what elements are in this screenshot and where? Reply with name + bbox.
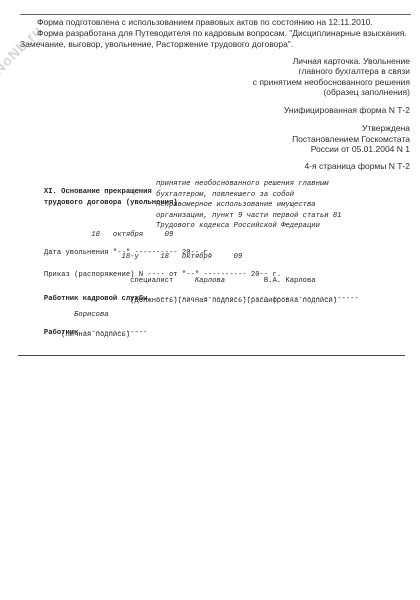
bottom-divider [18,355,405,356]
notice-line-2: Форма разработана для Путеводителя по ка… [20,28,412,39]
approval-line: России от 05.01.2004 N 1 [253,144,410,154]
employee-signature-caption: (личная подпись) [61,331,130,339]
notice-line-3: Замечание, выговор, увольнение, Расторже… [20,39,412,50]
document-title-line: Личная карточка. Увольнение [253,56,410,66]
order-number-value: 18-у [122,253,139,261]
order-month-value: октября [182,253,212,261]
document-page: NoNb.ru Форма подготовлена с использован… [0,0,420,600]
approval-line: Утверждена [253,123,410,133]
document-title-line: главного бухгалтера в связи [253,66,410,76]
hr-decoded-caption: (расшифровка подписи) [247,297,338,305]
dismissal-date-block: 18 октября 09 Дата увольнения "--" -----… [18,231,212,252]
hr-position-value: специалист [130,277,173,285]
page-note: 4-я страница формы N Т-2 [253,161,410,171]
order-year-value: 09 [234,253,243,261]
hr-position-caption: (должность) [130,297,177,305]
unified-form-name: Унифицированная форма N Т-2 [253,105,410,115]
dismissal-month-value: октября [113,231,143,239]
hr-signature-value: Карлова [195,277,225,285]
employee-signature-block: Борисова Работник --------------- (лична… [18,311,147,342]
employee-signature-value: Борисова [74,311,109,319]
preparation-notice: Форма подготовлена с использованием прав… [20,17,412,50]
order-day-value: 18 [160,253,169,261]
termination-reason-line: Трудового кодекса Российской Федерации [156,222,320,230]
order-block: 18-у 18 октября 09 Приказ (распоряжение)… [18,253,281,274]
notice-line-1: Форма подготовлена с использованием прав… [20,17,412,28]
hr-signature-decoded-value: В.А. Карлова [264,277,316,285]
document-title-line: с принятием необоснованного решения [253,77,410,87]
approval-line: Постановлением Госкомстата [253,134,410,144]
dismissal-day-value: 18 [91,231,100,239]
document-title-line: (образец заполнения) [253,87,410,97]
termination-reason-line: принятие необоснованного решения главным [156,180,329,188]
title-block: Личная карточка. Увольнение главного бух… [253,56,410,172]
termination-reason-line: неправомерное использование имущества [156,201,316,209]
hr-signature-caption: (личная подпись) [178,297,247,305]
termination-reason-line: бухгалтером, повлекшего за собой [156,191,294,199]
top-divider [20,14,411,15]
dismissal-year-value: 09 [165,231,174,239]
section-xi-block: XI. Основание прекращения принятие необо… [18,180,178,233]
termination-reason-line: организации, пункт 9 части первой статьи… [156,212,341,220]
hr-officer-signature-block: специалист Карлова В.А. Карлова Работник… [18,277,359,308]
